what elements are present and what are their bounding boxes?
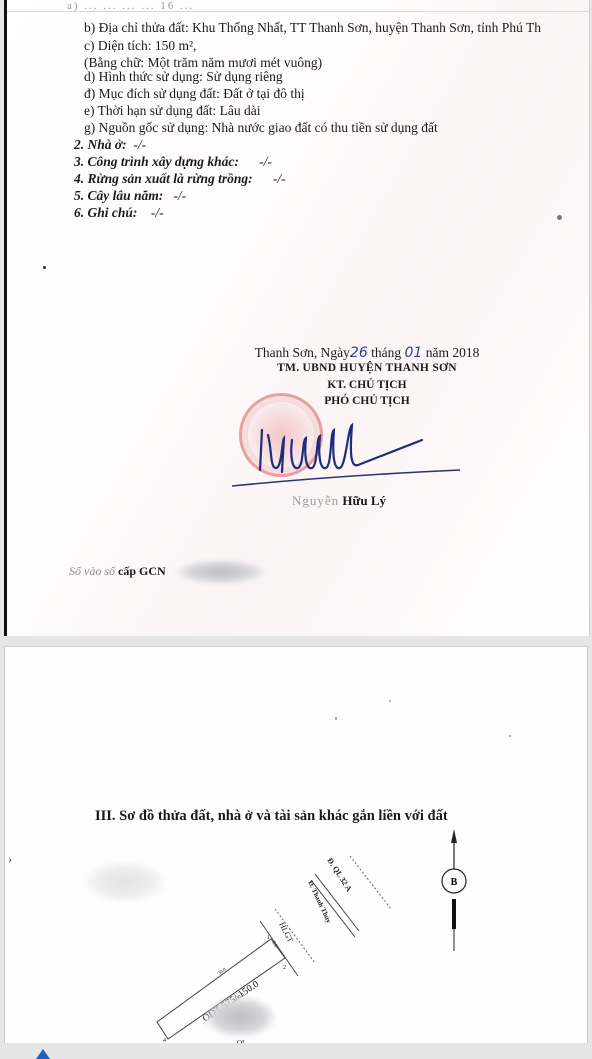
gcn-label-faded: Số vào sổ	[69, 564, 115, 578]
section-value: -/-	[259, 154, 272, 169]
document-page-1: a) ... ... ... ... 16 ... b) Địa chỉ thử…	[4, 0, 590, 636]
north-compass-icon	[442, 829, 466, 951]
section-notes: 6. Ghi chú: -/-	[74, 205, 164, 221]
section-production-forest: 4. Rừng sản xuất là rừng trồng: -/-	[74, 171, 286, 187]
vertex-label: 2	[283, 965, 286, 971]
section-value: -/-	[273, 171, 286, 186]
land-use-term: e) Thời hạn sử dụng đất: Lâu dài	[84, 103, 261, 119]
signature-org: TM. UBND HUYỆN THANH SƠN	[227, 362, 507, 374]
gcn-label: cấp GCN	[118, 564, 166, 578]
date-month: 01	[405, 345, 423, 361]
land-use-purpose: đ) Mục đích sử dụng đất: Đất ở tại đô th…	[84, 86, 305, 102]
land-address: b) Địa chỉ thửa đất: Khu Thống Nhất, TT …	[84, 20, 541, 36]
compass-label: B	[451, 877, 458, 888]
date-prefix: Thanh Sơn, Ngày	[255, 345, 350, 360]
month-label: tháng	[371, 345, 401, 360]
document-page-2: III. Sơ đồ thửa đất, nhà ở và tài sản kh…	[4, 646, 588, 1043]
scan-speck	[509, 735, 511, 737]
section-perennial-trees: 5. Cây lâu năm: -/-	[74, 188, 186, 204]
app-logo-icon	[36, 1049, 50, 1059]
section-label: 4. Rừng sản xuất là rừng trồng:	[74, 171, 253, 186]
handwritten-signature	[232, 410, 462, 490]
redacted-number	[177, 560, 265, 584]
ql-label: QL	[237, 1039, 246, 1043]
land-area: c) Diện tích: 150 m²,	[84, 38, 196, 54]
section-label: 5. Cây lâu năm:	[74, 188, 163, 203]
scan-mark: ›	[8, 852, 12, 867]
road-label-thanh-thuy: Đ. Thanh Thủy	[306, 879, 333, 924]
scan-speck	[557, 215, 562, 220]
land-parcel-diagram: B Đ. QL 32 A Đ. Thanh Thủy HLGT ODT 575/…	[5, 817, 587, 1043]
vertex-label: 1	[267, 935, 270, 941]
scan-speck	[335, 717, 337, 720]
dimension-label: 30.0	[217, 967, 227, 976]
redacted-area	[205, 997, 275, 1037]
signature-date: Thanh Sơn, Ngày26 tháng 01 năm 2018	[227, 345, 507, 361]
signer-name: Nguyễn Hữu Lý	[292, 493, 386, 509]
signature-role-kt: KT. CHỦ TỊCH	[227, 379, 507, 391]
section-value: -/-	[151, 205, 164, 220]
section-value: -/-	[173, 188, 186, 203]
vertex-label: 4	[163, 1038, 166, 1043]
land-origin: g) Nguồn gốc sử dụng: Nhà nước giao đất …	[84, 120, 438, 136]
watermark: Sosanhnha.com	[380, 1023, 538, 1043]
scan-speck	[43, 266, 46, 269]
section-label: 3. Công trình xây dựng khác:	[74, 154, 239, 169]
section-label: 6. Ghi chú:	[74, 205, 137, 220]
gcn-registration: Số vào sổ cấp GCN	[69, 564, 166, 579]
scan-shadow	[85, 862, 165, 902]
section-label: 2. Nhà ở:	[74, 137, 127, 152]
land-use-form: d) Hình thức sử dụng: Sử dụng riêng	[84, 69, 283, 85]
signer-first-name: Nguyễn	[292, 493, 339, 508]
scan-speck	[389, 700, 391, 702]
section-value: -/-	[133, 137, 146, 152]
section-other-construction: 3. Công trình xây dựng khác: -/-	[74, 154, 272, 170]
date-day: 26	[350, 345, 368, 361]
year-label: năm 2018	[426, 345, 480, 360]
signer-last-name: Hữu Lý	[342, 493, 386, 508]
cut-off-line: a) ... ... ... ... 16 ...	[67, 0, 194, 12]
road-label-ql32a: Đ. QL 32 A	[325, 856, 353, 893]
section-house: 2. Nhà ở: -/-	[74, 137, 146, 153]
